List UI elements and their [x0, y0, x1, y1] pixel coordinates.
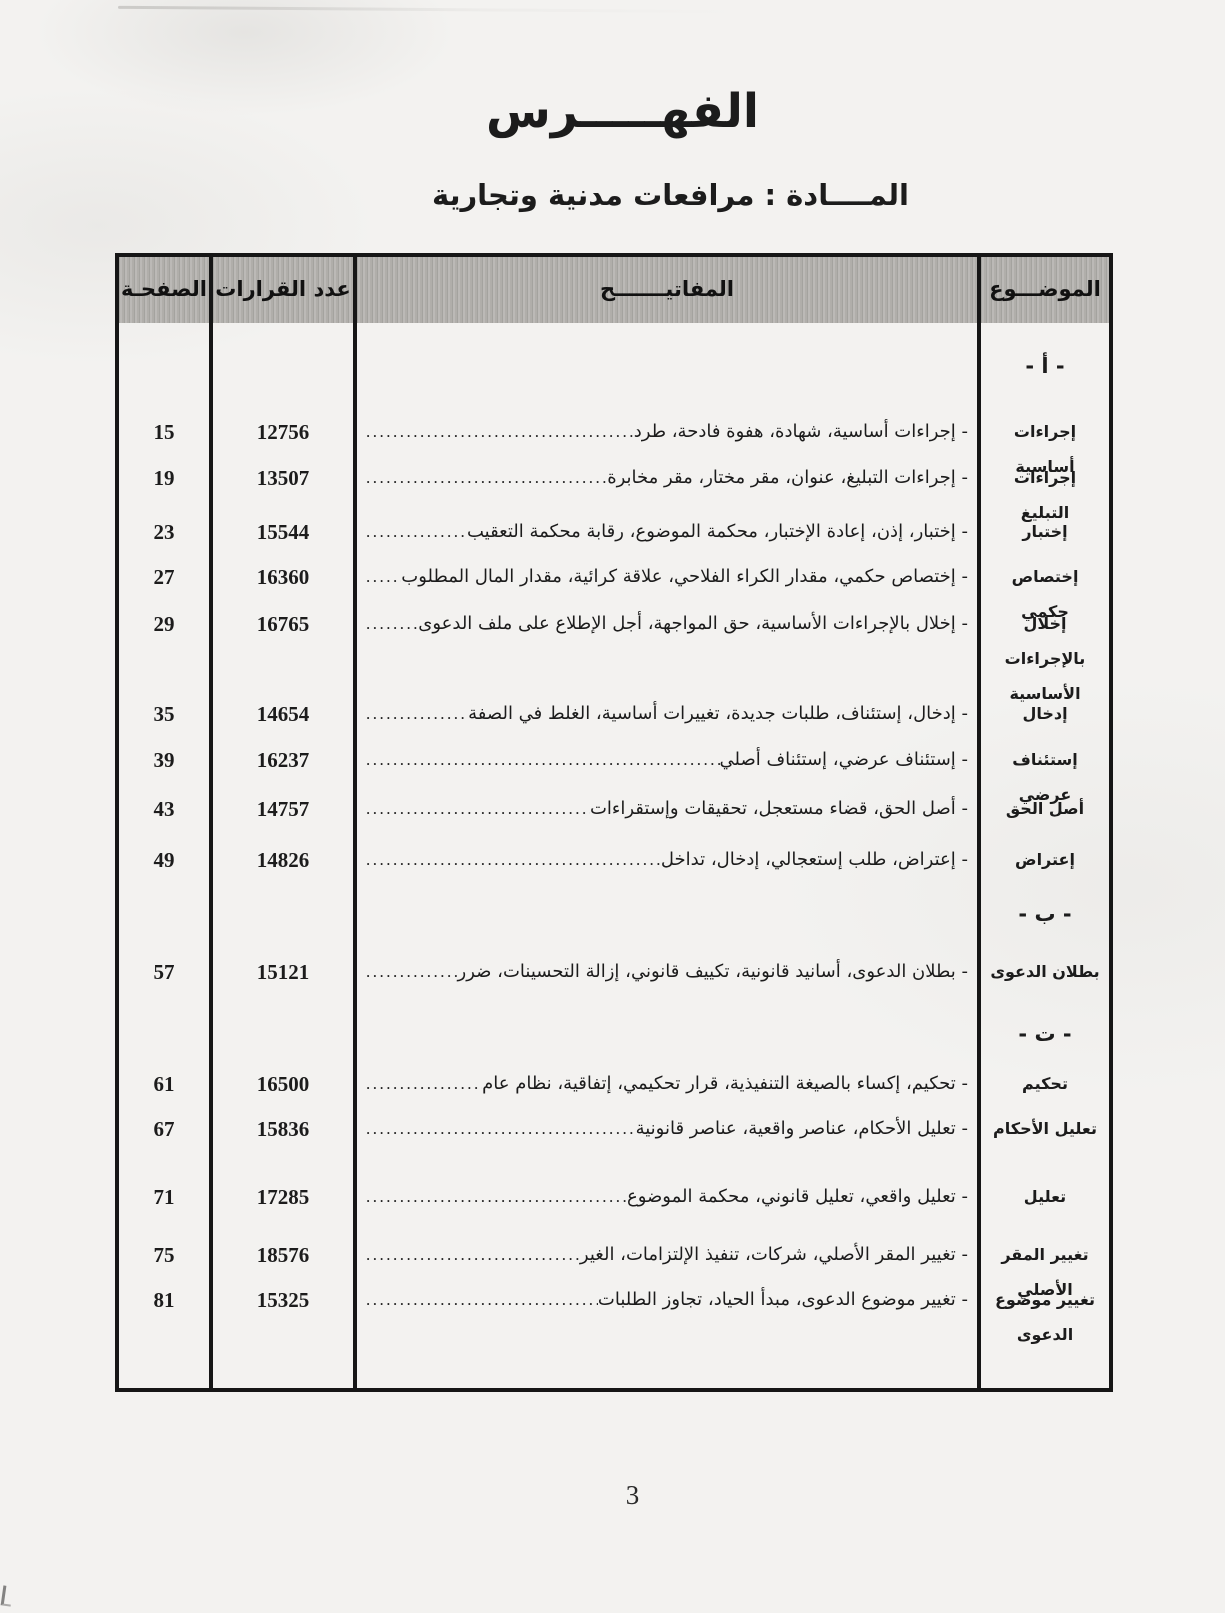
- subject-cell: تعليل: [981, 1179, 1109, 1214]
- section-letter: - أ -: [981, 351, 1109, 381]
- section-letter: - ت -: [981, 1019, 1109, 1049]
- subject-cell: إختبار: [981, 514, 1109, 549]
- page-number-cell: 75: [119, 1240, 209, 1270]
- dot-leader: ........................................…: [366, 845, 661, 875]
- keys-cell: - إخلال بالإجراءات الأساسية، حق المواجهة…: [357, 609, 977, 639]
- keys-text: - تعليل الأحكام، عناصر واقعية، عناصر قان…: [636, 1114, 968, 1144]
- keys-cell: - إختصاص حكمي، مقدار الكراء الفلاحي، علا…: [357, 562, 977, 592]
- decision-number-cell: 18576: [213, 1240, 353, 1270]
- toc-table: الموضـــوع المفاتيـــــــح عدد القرارات …: [115, 253, 1113, 1392]
- subject-cell: أصل الحق: [981, 791, 1109, 826]
- keys-cell: - تغيير المقر الأصلي، شركات، تنفيذ الإلت…: [357, 1240, 977, 1270]
- keys-text: - إجراءات التبليغ، عنوان، مقر مختار، مقر…: [607, 463, 968, 493]
- page-number-cell: 29: [119, 609, 209, 639]
- decision-number-cell: 14757: [213, 794, 353, 824]
- dot-leader: ........................................…: [366, 1069, 482, 1099]
- table-row: تعليل - تعليل واقعي، تعليل قانوني، محكمة…: [119, 1182, 1109, 1214]
- decision-number-cell: 15121: [213, 957, 353, 987]
- document-subtitle: المــــادة : مرافعات مدنية وتجارية: [58, 178, 1225, 212]
- keys-text: - أصل الحق، قضاء مستعجل، تحقيقات وإستقرا…: [590, 794, 968, 824]
- table-row: بطلان الدعوى - بطلان الدعوى، أسانيد قانو…: [119, 957, 1109, 989]
- decision-number-cell: 14826: [213, 845, 353, 875]
- subject-cell: إدخال: [981, 696, 1109, 731]
- dot-leader: ........................................…: [366, 745, 720, 775]
- section-header-row: - ت -: [119, 1019, 1109, 1049]
- decision-number-cell: 15836: [213, 1114, 353, 1144]
- table-row: تحكيم - تحكيم، إكساء بالصيغة التنفيذية، …: [119, 1069, 1109, 1101]
- decision-number-cell: 15544: [213, 517, 353, 547]
- page-number-cell: 43: [119, 794, 209, 824]
- keys-text: - تغيير المقر الأصلي، شركات، تنفيذ الإلت…: [580, 1240, 968, 1270]
- table-row: إعتراض - إعتراض، طلب إستعجالي، إدخال، تد…: [119, 845, 1109, 877]
- keys-cell: - تحكيم، إكساء بالصيغة التنفيذية، قرار ت…: [357, 1069, 977, 1099]
- page-number-cell: 49: [119, 845, 209, 875]
- table-row: إختبار - إختبار، إذن، إعادة الإختبار، مح…: [119, 517, 1109, 549]
- keys-cell: - بطلان الدعوى، أسانيد قانونية، تكييف قا…: [357, 957, 977, 987]
- document-title: الفهـــــرس: [10, 84, 1225, 139]
- section-letter: - ب -: [981, 899, 1109, 929]
- column-header-decisions: عدد القرارات: [213, 257, 353, 323]
- keys-text: - إدخال، إستئناف، طلبات جديدة، تغييرات أ…: [468, 699, 968, 729]
- keys-cell: - إستئناف عرضي، إستئناف أصلي ...........…: [357, 745, 977, 775]
- keys-cell: - تعليل الأحكام، عناصر واقعية، عناصر قان…: [357, 1114, 977, 1144]
- dot-leader: ........................................…: [366, 1240, 580, 1270]
- page-number-cell: 81: [119, 1285, 209, 1315]
- subject-cell: إعتراض: [981, 842, 1109, 877]
- dot-leader: ........................................…: [366, 517, 467, 547]
- keys-text: - تحكيم، إكساء بالصيغة التنفيذية، قرار ت…: [482, 1069, 968, 1099]
- dot-leader: ........................................…: [366, 957, 458, 987]
- table-body: - أ - إجراءات أساسية - إجراءات أساسية، ش…: [119, 327, 1109, 1388]
- decision-number-cell: 16765: [213, 609, 353, 639]
- column-divider: [209, 257, 213, 1388]
- scanned-page: الفهـــــرس المــــادة : مرافعات مدنية و…: [0, 0, 1225, 1613]
- keys-text: - إختبار، إذن، إعادة الإختبار، محكمة الم…: [467, 517, 968, 547]
- keys-text: - تعليل واقعي، تعليل قانوني، محكمة الموض…: [627, 1182, 968, 1212]
- decision-number-cell: 14654: [213, 699, 353, 729]
- dot-leader: ........................................…: [366, 1285, 598, 1315]
- dot-leader: ........................................…: [366, 562, 401, 592]
- column-header-subject: الموضـــوع: [981, 257, 1109, 323]
- table-row: أصل الحق - أصل الحق، قضاء مستعجل، تحقيقا…: [119, 794, 1109, 826]
- dot-leader: ........................................…: [366, 699, 468, 729]
- page-number-cell: 23: [119, 517, 209, 547]
- keys-cell: - إدخال، إستئناف، طلبات جديدة، تغييرات أ…: [357, 699, 977, 729]
- table-header: الموضـــوع المفاتيـــــــح عدد القرارات …: [119, 257, 1109, 323]
- table-row: تغيير موضوع الدعوى - تغيير موضوع الدعوى،…: [119, 1285, 1109, 1352]
- page-number-cell: 27: [119, 562, 209, 592]
- keys-text: - إجراءات أساسية، شهادة، هفوة فادحة، طرد: [634, 417, 968, 447]
- keys-cell: - تغيير موضوع الدعوى، مبدأ الحياد، تجاوز…: [357, 1285, 977, 1315]
- dot-leader: ........................................…: [366, 1182, 627, 1212]
- table-row: تعليل الأحكام - تعليل الأحكام، عناصر واق…: [119, 1114, 1109, 1146]
- keys-text: - بطلان الدعوى، أسانيد قانونية، تكييف قا…: [458, 957, 968, 987]
- page-number-cell: 15: [119, 417, 209, 447]
- decision-number-cell: 13507: [213, 463, 353, 493]
- dot-leader: ........................................…: [366, 609, 418, 639]
- decision-number-cell: 16360: [213, 562, 353, 592]
- subject-cell: تعليل الأحكام: [981, 1111, 1109, 1146]
- decision-number-cell: 17285: [213, 1182, 353, 1212]
- column-divider: [977, 257, 981, 1388]
- keys-text: - إخلال بالإجراءات الأساسية، حق المواجهة…: [418, 609, 968, 639]
- keys-cell: - تعليل واقعي، تعليل قانوني، محكمة الموض…: [357, 1182, 977, 1212]
- keys-cell: - إجراءات أساسية، شهادة، هفوة فادحة، طرد…: [357, 417, 977, 447]
- dot-leader: ........................................…: [366, 417, 634, 447]
- page-number-cell: 67: [119, 1114, 209, 1144]
- decision-number-cell: 16500: [213, 1069, 353, 1099]
- folio-page-number: 3: [20, 1480, 1225, 1511]
- keys-text: - تغيير موضوع الدعوى، مبدأ الحياد، تجاوز…: [598, 1285, 968, 1315]
- dot-leader: ........................................…: [366, 463, 607, 493]
- keys-text: - إختصاص حكمي، مقدار الكراء الفلاحي، علا…: [401, 562, 968, 592]
- column-header-page: الصفحـة: [119, 257, 209, 323]
- page-number-cell: 19: [119, 463, 209, 493]
- keys-text: - إعتراض، طلب إستعجالي، إدخال، تداخل: [661, 845, 968, 875]
- page-number-cell: 35: [119, 699, 209, 729]
- keys-cell: - إختبار، إذن، إعادة الإختبار، محكمة الم…: [357, 517, 977, 547]
- page-number-cell: 39: [119, 745, 209, 775]
- keys-text: - إستئناف عرضي، إستئناف أصلي: [720, 745, 968, 775]
- table-row: إدخال - إدخال، إستئناف، طلبات جديدة، تغي…: [119, 699, 1109, 731]
- keys-cell: - أصل الحق، قضاء مستعجل، تحقيقات وإستقرا…: [357, 794, 977, 824]
- keys-cell: - إجراءات التبليغ، عنوان، مقر مختار، مقر…: [357, 463, 977, 493]
- keys-cell: - إعتراض، طلب إستعجالي، إدخال، تداخل ...…: [357, 845, 977, 875]
- subject-cell: تغيير موضوع الدعوى: [981, 1282, 1109, 1352]
- section-header-row: - أ -: [119, 351, 1109, 381]
- subject-cell: بطلان الدعوى: [981, 954, 1109, 989]
- page-number-cell: 57: [119, 957, 209, 987]
- page-number-cell: 71: [119, 1182, 209, 1212]
- dot-leader: ........................................…: [366, 1114, 636, 1144]
- scan-corner-mark: [1, 1585, 14, 1606]
- page-number-cell: 61: [119, 1069, 209, 1099]
- subject-cell: تحكيم: [981, 1066, 1109, 1101]
- column-header-keys: المفاتيـــــــح: [357, 257, 977, 323]
- decision-number-cell: 15325: [213, 1285, 353, 1315]
- scan-smudge: [118, 6, 738, 13]
- decision-number-cell: 16237: [213, 745, 353, 775]
- section-header-row: - ب -: [119, 899, 1109, 929]
- dot-leader: ........................................…: [366, 794, 590, 824]
- table-row: إخلال بالإجراءات الأساسية - إخلال بالإجر…: [119, 609, 1109, 711]
- column-divider: [353, 257, 357, 1388]
- decision-number-cell: 12756: [213, 417, 353, 447]
